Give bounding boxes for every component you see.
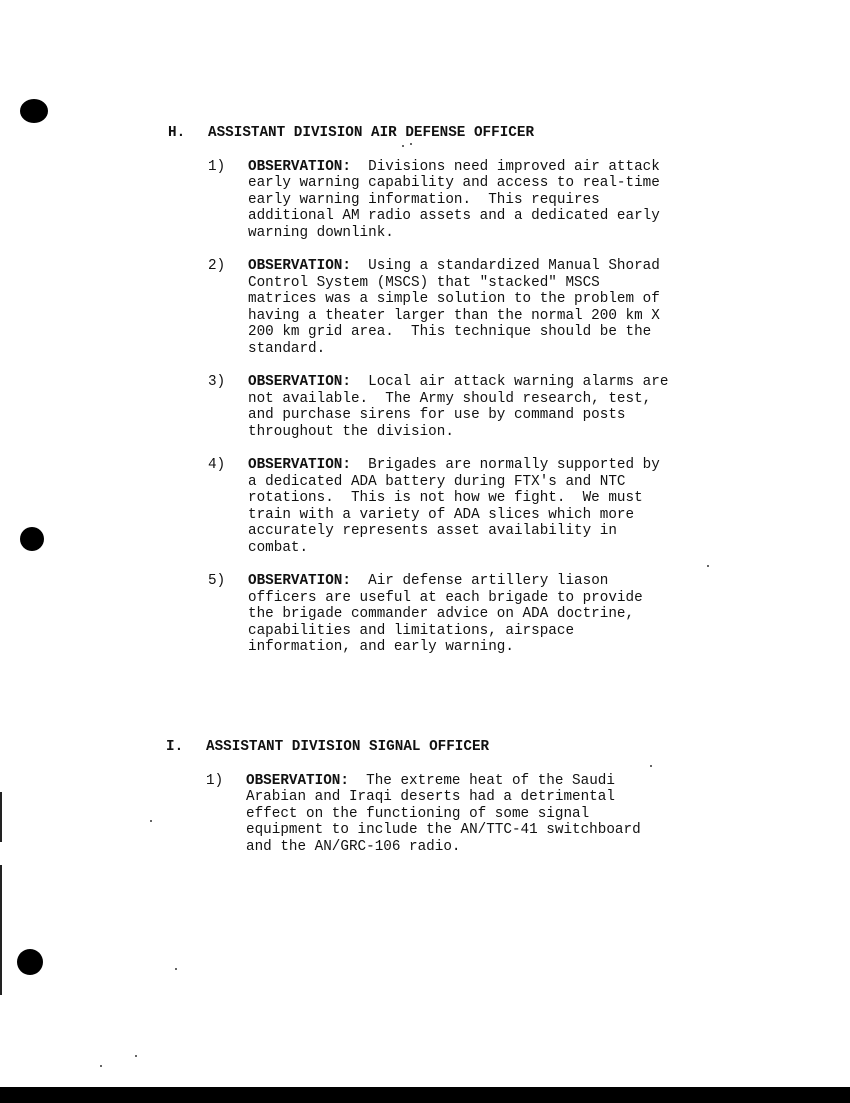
section-heading: I.ASSISTANT DIVISION SIGNAL OFFICER [166, 739, 786, 756]
observation-text: matrices was a simple solution to the pr… [248, 291, 788, 308]
observation-text: and purchase sirens for use by command p… [248, 407, 788, 424]
item-number: 5) [208, 573, 225, 590]
observation-label: OBSERVATION: [248, 457, 351, 473]
scan-speck [100, 1065, 102, 1067]
observation-text: train with a variety of ADA slices which… [248, 507, 788, 524]
punch-hole-middle [20, 527, 44, 551]
observation-text: Arabian and Iraqi deserts had a detrimen… [246, 789, 786, 806]
observation-text: early warning capability and access to r… [248, 175, 788, 192]
scan-bottom-border [0, 1087, 850, 1103]
item-number: 2) [208, 258, 225, 275]
observation-item: 1) OBSERVATION: Divisions need improved … [168, 159, 788, 242]
item-number: 4) [208, 457, 225, 474]
observation-label: OBSERVATION: [246, 773, 349, 789]
observation-text: combat. [248, 540, 788, 557]
punch-hole-bottom [17, 949, 43, 975]
observation-text: effect on the functioning of some signal [246, 806, 786, 823]
scan-speck [150, 820, 152, 822]
item-number: 1) [206, 773, 223, 790]
observation-label: OBSERVATION: [248, 258, 351, 274]
scan-speck [175, 968, 177, 970]
observation-text: having a theater larger than the normal … [248, 308, 788, 325]
section-heading: H.ASSISTANT DIVISION AIR DEFENSE OFFICER [168, 125, 788, 142]
observation-text: not available. The Army should research,… [248, 391, 788, 408]
section-h: H.ASSISTANT DIVISION AIR DEFENSE OFFICER… [168, 125, 788, 656]
observation-text: Using a standardized Manual Shorad [351, 258, 660, 274]
punch-hole-top [20, 99, 48, 123]
scan-speck [135, 1055, 137, 1057]
item-number: 1) [208, 159, 225, 176]
section-title: ASSISTANT DIVISION AIR DEFENSE OFFICER [208, 125, 534, 141]
observation-text: equipment to include the AN/TTC-41 switc… [246, 822, 786, 839]
observation-text: standard. [248, 341, 788, 358]
observation-label: OBSERVATION: [248, 374, 351, 390]
observation-label: OBSERVATION: [248, 159, 351, 175]
observation-text: a dedicated ADA battery during FTX's and… [248, 474, 788, 491]
observation-text: Local air attack warning alarms are [351, 374, 668, 390]
observation-text: 200 km grid area. This technique should … [248, 324, 788, 341]
observation-text: warning downlink. [248, 225, 788, 242]
document-page: H.ASSISTANT DIVISION AIR DEFENSE OFFICER… [0, 0, 850, 1103]
observation-text: Air defense artillery liason [351, 573, 608, 589]
observation-item: 3) OBSERVATION: Local air attack warning… [168, 374, 788, 440]
observation-text: throughout the division. [248, 424, 788, 441]
scan-edge-mark [0, 865, 2, 995]
observation-text: officers are useful at each brigade to p… [248, 590, 788, 607]
observation-text: additional AM radio assets and a dedicat… [248, 208, 788, 225]
observation-text: the brigade commander advice on ADA doct… [248, 606, 788, 623]
observation-text: early warning information. This requires [248, 192, 788, 209]
section-letter: I. [166, 739, 206, 756]
observation-text: information, and early warning. [248, 639, 788, 656]
observation-text: and the AN/GRC-106 radio. [246, 839, 786, 856]
section-letter: H. [168, 125, 208, 142]
observation-label: OBSERVATION: [248, 573, 351, 589]
section-title: ASSISTANT DIVISION SIGNAL OFFICER [206, 739, 489, 755]
scan-edge-mark [0, 792, 2, 842]
observation-item: 4) OBSERVATION: Brigades are normally su… [168, 457, 788, 556]
observation-text: Brigades are normally supported by [351, 457, 660, 473]
observation-text: capabilities and limitations, airspace [248, 623, 788, 640]
observation-item: 1) OBSERVATION: The extreme heat of the … [166, 773, 786, 856]
observation-text: Divisions need improved air attack [351, 159, 660, 175]
observation-text: rotations. This is not how we fight. We … [248, 490, 788, 507]
observation-text: The extreme heat of the Saudi [349, 773, 615, 789]
observation-item: 2) OBSERVATION: Using a standardized Man… [168, 258, 788, 357]
observation-text: accurately represents asset availability… [248, 523, 788, 540]
section-i: I.ASSISTANT DIVISION SIGNAL OFFICER 1) O… [166, 739, 786, 855]
observation-item: 5) OBSERVATION: Air defense artillery li… [168, 573, 788, 656]
observation-text: Control System (MSCS) that "stacked" MSC… [248, 275, 788, 292]
item-number: 3) [208, 374, 225, 391]
